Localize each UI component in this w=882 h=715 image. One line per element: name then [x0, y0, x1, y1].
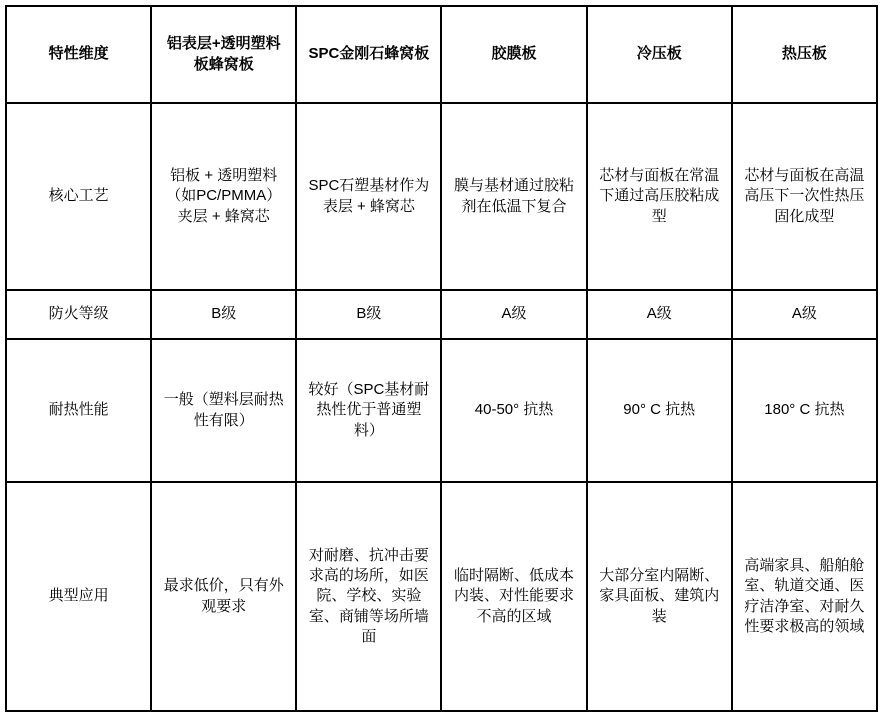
table-cell: B级 — [296, 290, 441, 339]
table-cell: 芯材与面板在高温高压下一次性热压固化成型 — [732, 103, 877, 290]
table-cell: B级 — [151, 290, 296, 339]
table-row-fire-rating: 防火等级 B级 B级 A级 A级 A级 — [6, 290, 877, 339]
table-cell: 高端家具、船舶舱室、轨道交通、医疗洁净室、对耐久性要求极高的领域 — [732, 482, 877, 711]
table-cell: A级 — [441, 290, 586, 339]
comparison-table: 特性维度 铝表层+透明塑料板蜂窝板 SPC金刚石蜂窝板 胶膜板 冷压板 热压板 … — [5, 5, 878, 712]
column-header-hot-press-board: 热压板 — [732, 6, 877, 103]
table-cell: 最求低价，只有外观要求 — [151, 482, 296, 711]
column-header-dimension: 特性维度 — [6, 6, 151, 103]
table-cell: 90° C 抗热 — [587, 339, 732, 482]
table-cell: SPC石塑基材作为表层 + 蜂窝芯 — [296, 103, 441, 290]
row-label-heat-resistance: 耐热性能 — [6, 339, 151, 482]
table-cell: A级 — [587, 290, 732, 339]
column-header-spc-diamond-honeycomb: SPC金刚石蜂窝板 — [296, 6, 441, 103]
row-label-fire-rating: 防火等级 — [6, 290, 151, 339]
table-cell: 临时隔断、低成本内装、对性能要求不高的区域 — [441, 482, 586, 711]
table-cell: 膜与基材通过胶粘剂在低温下复合 — [441, 103, 586, 290]
column-header-film-board: 胶膜板 — [441, 6, 586, 103]
table-row-core-process: 核心工艺 铝板 + 透明塑料（如PC/PMMA）夹层 + 蜂窝芯 SPC石塑基材… — [6, 103, 877, 290]
table-cell: 铝板 + 透明塑料（如PC/PMMA）夹层 + 蜂窝芯 — [151, 103, 296, 290]
column-header-aluminum-transparent-plastic-honeycomb: 铝表层+透明塑料板蜂窝板 — [151, 6, 296, 103]
table-header-row: 特性维度 铝表层+透明塑料板蜂窝板 SPC金刚石蜂窝板 胶膜板 冷压板 热压板 — [6, 6, 877, 103]
column-header-cold-press-board: 冷压板 — [587, 6, 732, 103]
table-cell: A级 — [732, 290, 877, 339]
table-cell: 芯材与面板在常温下通过高压胶粘成型 — [587, 103, 732, 290]
table-cell: 对耐磨、抗冲击要求高的场所，如医院、学校、实验室、商铺等场所墙面 — [296, 482, 441, 711]
table-cell: 大部分室内隔断、家具面板、建筑内装 — [587, 482, 732, 711]
table-row-typical-application: 典型应用 最求低价，只有外观要求 对耐磨、抗冲击要求高的场所，如医院、学校、实验… — [6, 482, 877, 711]
table-row-heat-resistance: 耐热性能 一般（塑料层耐热性有限） 较好（SPC基材耐热性优于普通塑料） 40-… — [6, 339, 877, 482]
table-cell: 180° C 抗热 — [732, 339, 877, 482]
row-label-core-process: 核心工艺 — [6, 103, 151, 290]
table-cell: 一般（塑料层耐热性有限） — [151, 339, 296, 482]
row-label-typical-application: 典型应用 — [6, 482, 151, 711]
table-cell: 40-50° 抗热 — [441, 339, 586, 482]
table-cell: 较好（SPC基材耐热性优于普通塑料） — [296, 339, 441, 482]
